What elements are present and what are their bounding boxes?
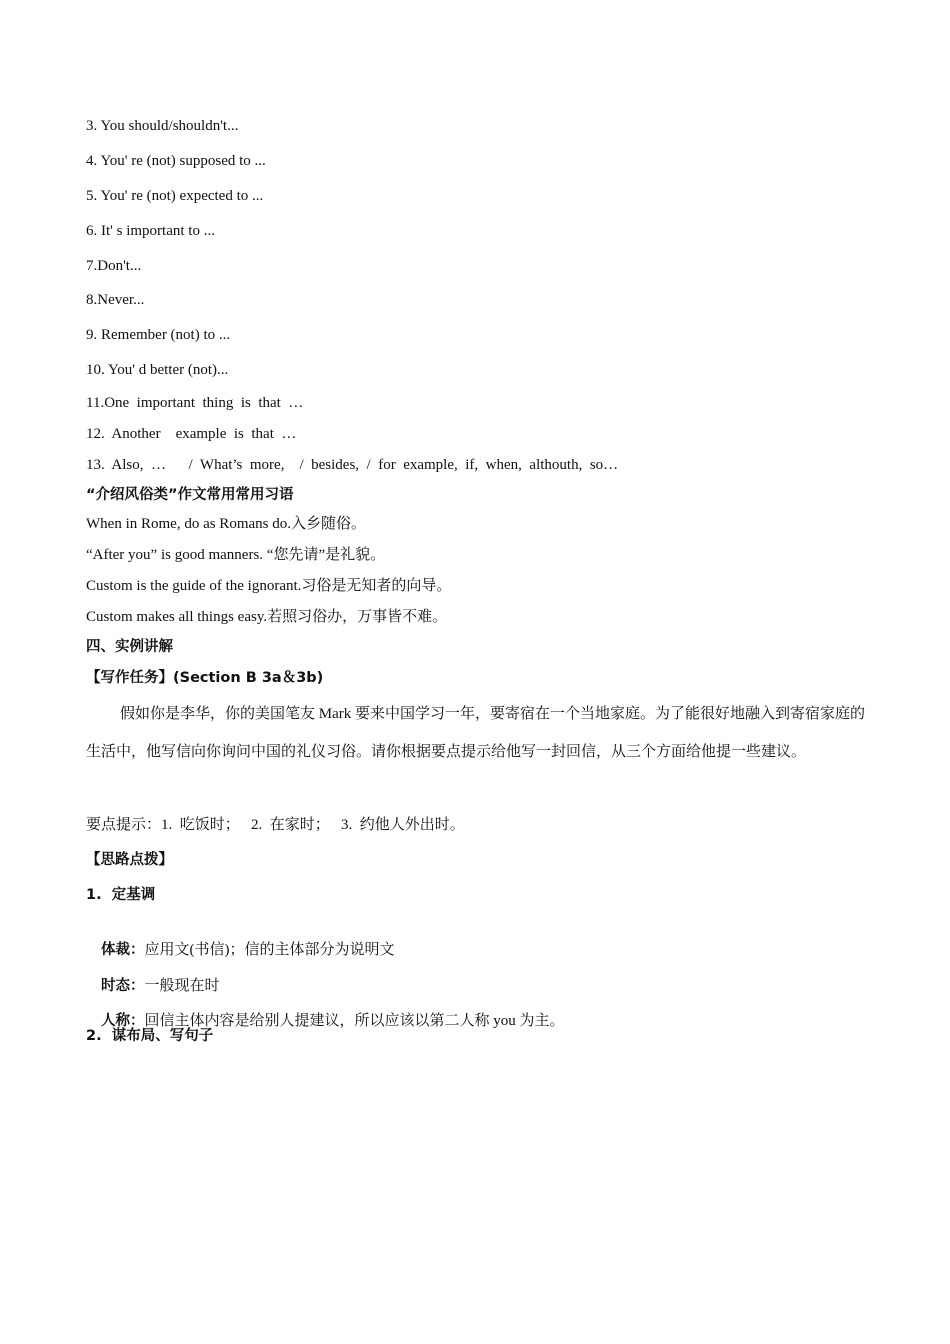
idiom-2: “After you” is good manners. “您先请”是礼貌。 xyxy=(86,545,385,565)
phrase-8: 8.Never... xyxy=(86,290,144,310)
task-heading: 【写作任务】(Section B 3a＆3b) xyxy=(86,668,323,688)
idiom-4: Custom makes all things easy.若照习俗办，万事皆不难… xyxy=(86,607,447,627)
task-paragraph: 假如你是李华，你的美国笔友 Mark 要来中国学习一年，要寄宿在一个当地家庭。为… xyxy=(86,695,866,771)
step1-heading: 1. 定基调 xyxy=(86,885,155,905)
phrase-12: 12. Another example is that … xyxy=(86,424,296,444)
phrase-7: 7.Don't... xyxy=(86,256,141,276)
key-points: 要点提示：1. 吃饭时； 2. 在家时； 3. 约他人外出时。 xyxy=(86,815,465,835)
phrase-10: 10. You' d better (not)... xyxy=(86,360,228,380)
phrase-9: 9. Remember (not) to ... xyxy=(86,325,230,345)
section4-heading: 四、实例讲解 xyxy=(86,637,173,657)
idiom-3: Custom is the guide of the ignorant.习俗是无… xyxy=(86,576,451,596)
phrase-4: 4. You' re (not) supposed to ... xyxy=(86,151,266,171)
idioms-heading: “介绍风俗类”作文常用常用习语 xyxy=(86,485,294,505)
phrase-5: 5. You' re (not) expected to ... xyxy=(86,186,263,206)
phrase-6: 6. It' s important to ... xyxy=(86,221,215,241)
idiom-1: When in Rome, do as Romans do.入乡随俗。 xyxy=(86,514,366,534)
phrase-11: 11.One important thing is that … xyxy=(86,393,303,413)
phrase-3: 3. You should/shouldn't... xyxy=(86,116,238,136)
phrase-13: 13. Also, … / What’s more, / besides, / … xyxy=(86,455,618,475)
thinking-heading: 【思路点拨】 xyxy=(86,850,173,870)
step2-heading: 2. 谋布局、写句子 xyxy=(86,1026,213,1046)
